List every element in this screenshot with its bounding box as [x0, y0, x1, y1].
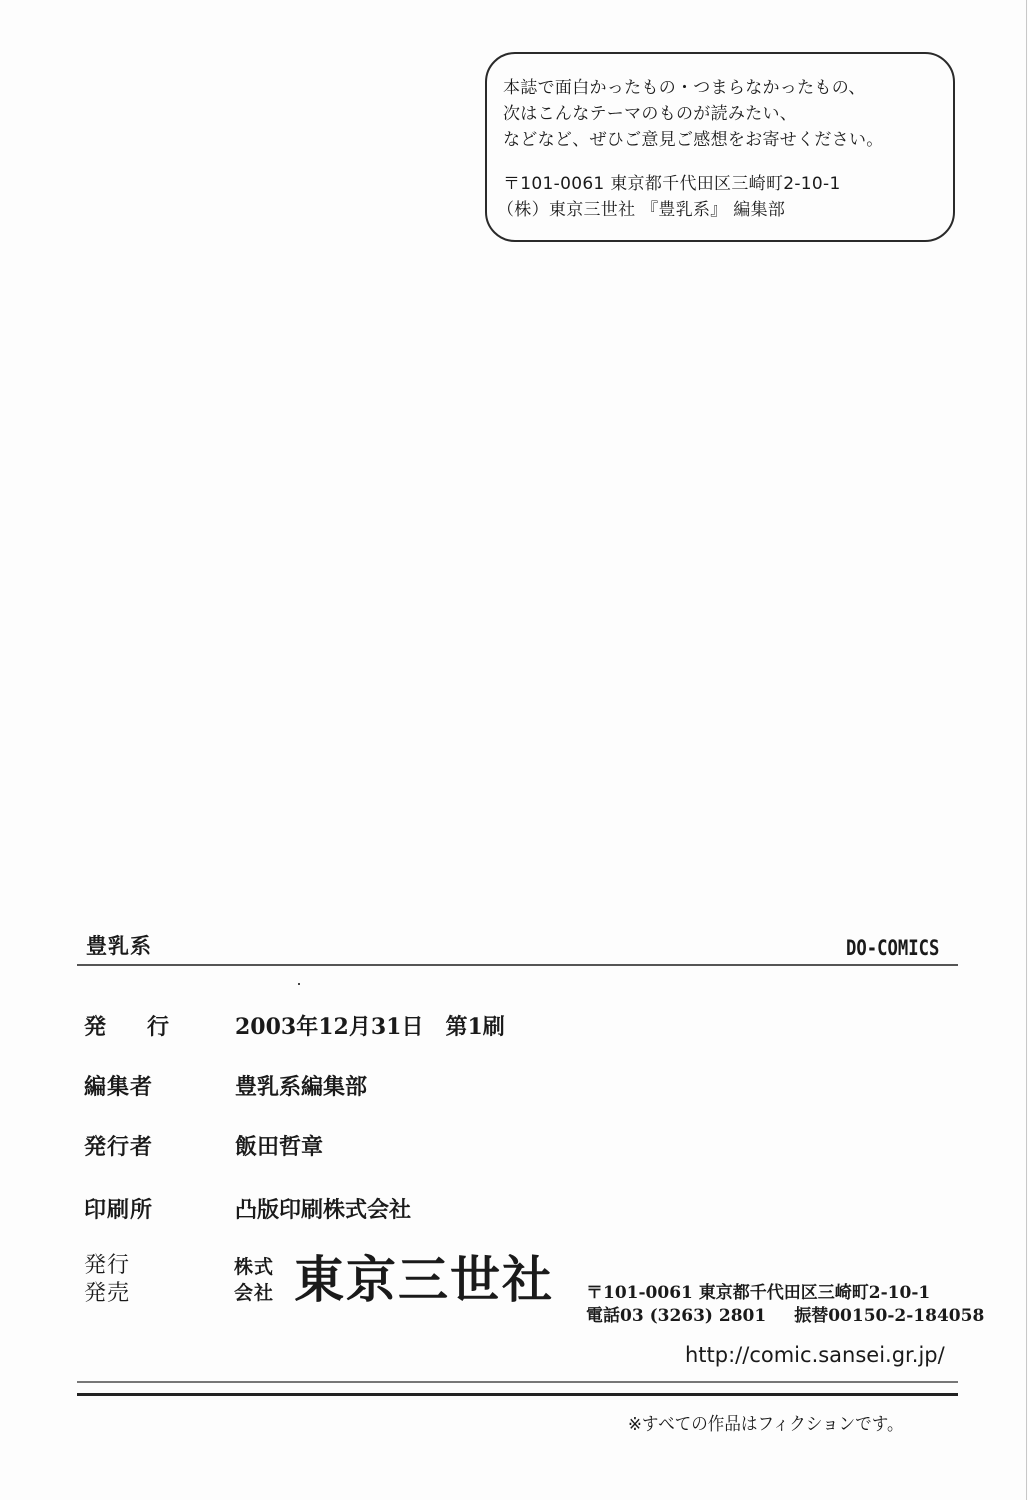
issue-date: 2003年12月31日 第1刷 [235, 1010, 505, 1041]
printer-label: 印刷所 [84, 1193, 153, 1224]
printer-value: 凸版印刷株式会社 [235, 1193, 411, 1224]
page-edge [1026, 0, 1027, 1500]
feedback-line-1: 本誌で面白かったもの・つまらなかったもの、 [503, 78, 866, 98]
issue-label-char-1: 発 [84, 1010, 107, 1041]
issue-label: 発行 [84, 1010, 170, 1041]
publisher-transfer: 振替00150-2-184058 [794, 1306, 984, 1326]
fiction-disclaimer: ※すべての作品はフィクションです。 [628, 1410, 904, 1436]
publisher-contact: 電話03 (3263) 2801振替00150-2-184058 [586, 1301, 984, 1326]
sell-label: 発売 [84, 1280, 130, 1308]
editor-label: 編集者 [84, 1070, 153, 1101]
reader-feedback-box: 本誌で面白かったもの・つまらなかったもの、 次はこんなテーマのものが読みたい、 … [485, 52, 955, 242]
publisher-person-value: 飯田哲章 [235, 1130, 323, 1161]
publish-sell-label: 発行 発売 [84, 1252, 130, 1308]
publisher-person-label: 発行者 [84, 1130, 153, 1161]
publisher-address: 〒101-0061 東京都千代田区三崎町2-10-1 [586, 1278, 930, 1303]
issue-label-char-2: 行 [147, 1010, 170, 1041]
corp-prefix-line-1: 株式 [234, 1254, 274, 1280]
corp-prefix-line-2: 会社 [234, 1280, 274, 1306]
corp-prefix: 株式 会社 [234, 1254, 274, 1306]
bottom-rule-thick [77, 1393, 958, 1396]
publish-label: 発行 [84, 1252, 130, 1280]
publisher-phone: 電話03 (3263) 2801 [586, 1306, 766, 1326]
feedback-address: 〒101-0061 東京都千代田区三崎町2-10-1 [503, 174, 841, 194]
publisher-logo-name: 東京三世社 [294, 1250, 554, 1310]
book-title: 豊乳系 [86, 930, 152, 960]
feedback-line-2: 次はこんなテーマのものが読みたい、 [503, 104, 797, 124]
title-divider [77, 964, 958, 966]
editor-value: 豊乳系編集部 [235, 1070, 367, 1101]
publisher-url: http://comic.sansei.gr.jp/ [685, 1343, 945, 1367]
feedback-recipient: （株）東京三世社 『豊乳系』 編集部 [497, 200, 785, 220]
feedback-line-3: などなど、ぜひご意見ご感想をお寄せください。 [503, 130, 884, 150]
bottom-rule-thin [77, 1381, 958, 1383]
scan-speck [298, 983, 300, 985]
imprint-label: DO-COMICS [846, 936, 939, 960]
